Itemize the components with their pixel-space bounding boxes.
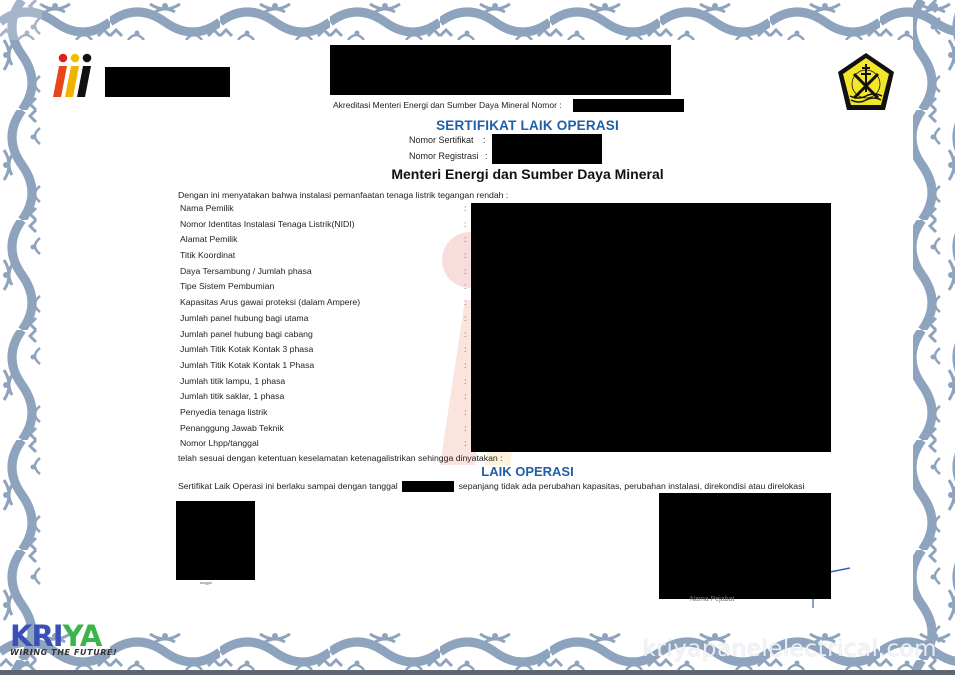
field-label: Nomor Lhpp/tanggal: [180, 438, 259, 448]
colon: :: [464, 266, 466, 276]
field-row: Kapasitas Arus gawai proteksi (dalam Amp…: [180, 297, 360, 313]
colon: :: [464, 438, 466, 448]
field-row: Daya Tersambung / Jumlah phasa:: [180, 266, 360, 282]
field-label: Nama Pemilik: [180, 203, 234, 213]
signature-redacted: [659, 493, 831, 599]
certificate-page: Akreditasi Menteri Energi dan Sumber Day…: [0, 0, 955, 675]
field-label: Jumlah Titik Kotak Kontak 3 phasa: [180, 344, 313, 354]
field-label: Alamat Pemilik: [180, 234, 237, 244]
accreditation-number-redacted: [573, 99, 684, 112]
colon: :: [464, 391, 466, 401]
colon: :: [483, 135, 486, 145]
accreditation-text: Akreditasi Menteri Energi dan Sumber Day…: [333, 100, 562, 110]
field-row: Penyedia tenaga listrik:: [180, 407, 360, 423]
brand-tagline: WIRING THE FUTURE!: [10, 648, 117, 657]
qr-stamp-redacted: [176, 501, 255, 580]
colon: :: [464, 376, 466, 386]
expiry-date-redacted: [402, 481, 454, 492]
certificate-number-row: Nomor Sertifikat :: [409, 135, 474, 145]
field-row: Jumlah panel hubung bagi cabang:: [180, 329, 360, 345]
esdm-emblem-icon: [836, 52, 896, 114]
certificate-number-label: Nomor Sertifikat: [409, 135, 474, 145]
colon: :: [464, 344, 466, 354]
kriya-brand-logo: KRIYA WIRING THE FUTURE!: [10, 622, 117, 657]
field-row: Nama Pemilik:: [180, 203, 360, 219]
field-label: Titik Koordinat: [180, 250, 235, 260]
stamp-caption: tanggal: [200, 581, 211, 585]
registration-number-label: Nomor Registrasi: [409, 151, 479, 161]
colon: :: [464, 250, 466, 260]
field-row: Jumlah panel hubung bagi utama:: [180, 313, 360, 329]
institution-name-redacted: [330, 45, 671, 95]
kriya-wordmark: KRIYA: [10, 622, 117, 650]
field-row: Nomor Lhpp/tanggal:: [180, 438, 360, 454]
field-label: Jumlah Titik Kotak Kontak 1 Phasa: [180, 360, 314, 370]
bottom-edge-line: [0, 670, 955, 675]
field-row: Jumlah Titik Kotak Kontak 1 Phasa:: [180, 360, 360, 376]
field-label: Penyedia tenaga listrik: [180, 407, 267, 417]
certificate-numbers-redacted: [492, 134, 602, 164]
field-label: Jumlah titik saklar, 1 phasa: [180, 391, 284, 401]
colon: :: [464, 423, 466, 433]
colon: :: [464, 219, 466, 229]
colon: :: [464, 297, 466, 307]
field-label: Nomor Identitas Instalasi Tenaga Listrik…: [180, 219, 355, 229]
field-label: Daya Tersambung / Jumlah phasa: [180, 266, 312, 276]
colon: :: [464, 203, 466, 213]
certificate-title: SERTIFIKAT LAIK OPERASI: [50, 118, 955, 133]
field-row: Jumlah Titik Kotak Kontak 3 phasa:: [180, 344, 360, 360]
colon: :: [464, 360, 466, 370]
validity-text-before: Sertifikat Laik Operasi ini berlaku samp…: [178, 481, 398, 491]
colon: :: [464, 234, 466, 244]
company-logo-icon: [52, 53, 96, 99]
field-label: Penanggung Jawab Teknik: [180, 423, 284, 433]
field-row: Nomor Identitas Instalasi Tenaga Listrik…: [180, 219, 360, 235]
field-label: Jumlah panel hubung bagi cabang: [180, 329, 313, 339]
colon: :: [464, 281, 466, 291]
company-name-redacted: [105, 67, 230, 97]
field-row: Penanggung Jawab Teknik:: [180, 423, 360, 439]
colon: :: [485, 151, 488, 161]
field-label: Tipe Sistem Pembumian: [180, 281, 274, 291]
website-watermark: kriyapanelelectrical.com: [643, 636, 937, 662]
colon: :: [464, 407, 466, 417]
intro-text: Dengan ini menyatakan bahwa instalasi pe…: [178, 190, 508, 200]
field-row: Tipe Sistem Pembumian:: [180, 281, 360, 297]
colon: :: [464, 313, 466, 323]
field-row: Alamat Pemilik:: [180, 234, 360, 250]
closing-text: telah sesuai dengan ketentuan keselamata…: [178, 453, 503, 463]
status-title: LAIK OPERASI: [50, 464, 955, 479]
installation-fields: Nama Pemilik: Nomor Identitas Instalasi …: [180, 203, 360, 454]
validity-text: Sertifikat Laik Operasi ini berlaku samp…: [178, 481, 804, 492]
field-label: Jumlah titik lampu, 1 phasa: [180, 376, 285, 386]
issuer-title: Menteri Energi dan Sumber Daya Mineral: [50, 166, 955, 182]
validity-text-after: sepanjang tidak ada perubahan kapasitas,…: [459, 481, 805, 491]
colon: :: [464, 329, 466, 339]
field-label: Kapasitas Arus gawai proteksi (dalam Amp…: [180, 297, 360, 307]
field-label: Jumlah panel hubung bagi utama: [180, 313, 308, 323]
signature-caption: Nama Pejabat: [690, 596, 734, 603]
field-row: Jumlah titik saklar, 1 phasa:: [180, 391, 360, 407]
registration-number-row: Nomor Registrasi :: [409, 151, 479, 161]
field-row: Titik Koordinat:: [180, 250, 360, 266]
field-row: Jumlah titik lampu, 1 phasa:: [180, 376, 360, 392]
field-values-redacted: [471, 203, 831, 452]
